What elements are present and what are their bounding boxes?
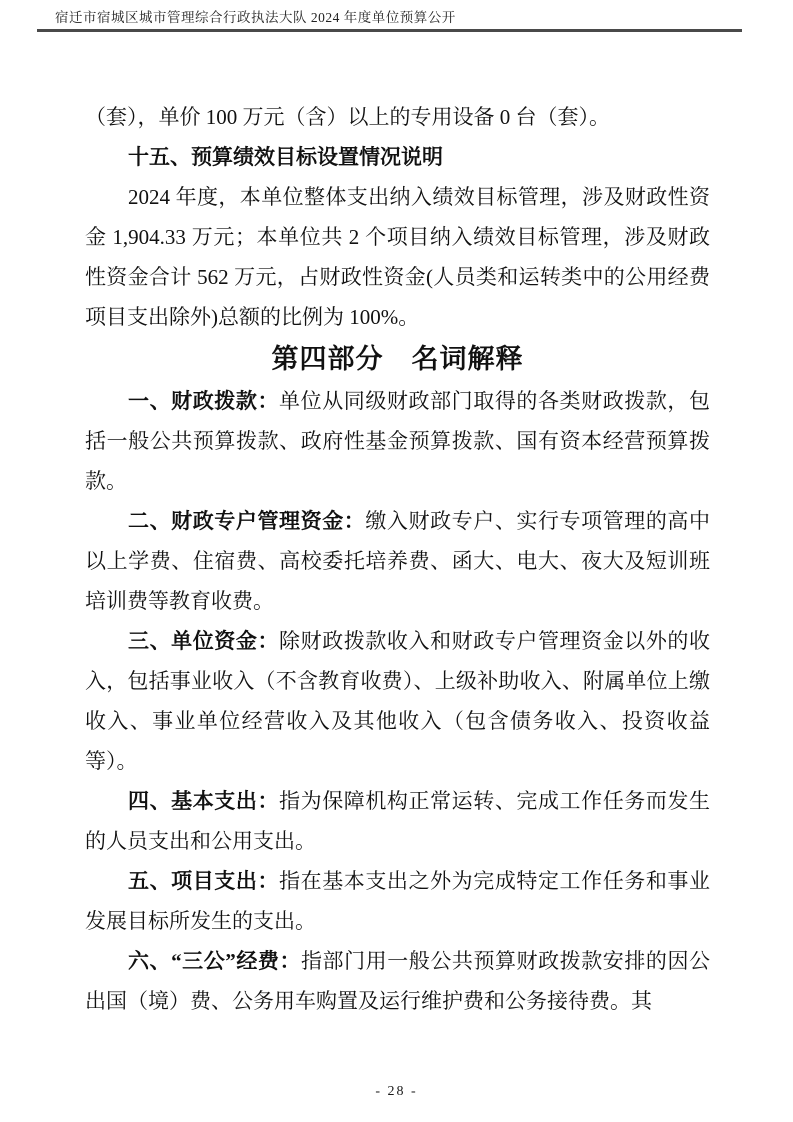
term-paragraph-4: 四、基本支出：指为保障机构正常运转、完成工作任务而发生的人员支出和公用支出。 xyxy=(85,781,710,861)
term-label: 四、基本支出： xyxy=(128,789,279,813)
term-paragraph-1: 一、财政拨款：单位从同级财政部门取得的各类财政拨款，包括一般公共预算拨款、政府性… xyxy=(85,381,710,501)
term-label: 一、财政拨款： xyxy=(128,389,279,413)
section-15-paragraph: 2024 年度，本单位整体支出纳入绩效目标管理，涉及财政性资金 1,904.33… xyxy=(85,177,710,337)
term-paragraph-2: 二、财政专户管理资金：缴入财政专户、实行专项管理的高中以上学费、住宿费、高校委托… xyxy=(85,501,710,621)
term-paragraph-5: 五、项目支出：指在基本支出之外为完成特定工作任务和事业发展目标所发生的支出。 xyxy=(85,861,710,941)
page-header: 宿迁市宿城区城市管理综合行政执法大队 2024 年度单位预算公开 xyxy=(37,8,742,32)
term-paragraph-3: 三、单位资金：除财政拨款收入和财政专户管理资金以外的收入，包括事业收入（不含教育… xyxy=(85,621,710,781)
document-page: 宿迁市宿城区城市管理综合行政执法大队 2024 年度单位预算公开 （套），单价 … xyxy=(0,0,793,1122)
continuation-paragraph: （套），单价 100 万元（含）以上的专用设备 0 台（套）。 xyxy=(85,97,710,137)
term-label: 五、项目支出： xyxy=(128,869,279,893)
part-4-heading: 第四部分 名词解释 xyxy=(85,337,710,381)
section-15-heading: 十五、预算绩效目标设置情况说明 xyxy=(85,137,710,177)
term-label: 三、单位资金： xyxy=(128,629,279,653)
header-rule xyxy=(37,29,742,32)
page-number: - 28 - xyxy=(0,1082,793,1102)
document-body: （套），单价 100 万元（含）以上的专用设备 0 台（套）。 十五、预算绩效目… xyxy=(85,97,710,1021)
header-title: 宿迁市宿城区城市管理综合行政执法大队 2024 年度单位预算公开 xyxy=(37,8,742,28)
term-label: 二、财政专户管理资金： xyxy=(128,509,365,533)
term-paragraph-6: 六、“三公”经费：指部门用一般公共预算财政拨款安排的因公出国（境）费、公务用车购… xyxy=(85,941,710,1021)
term-label: 六、“三公”经费： xyxy=(128,949,301,973)
